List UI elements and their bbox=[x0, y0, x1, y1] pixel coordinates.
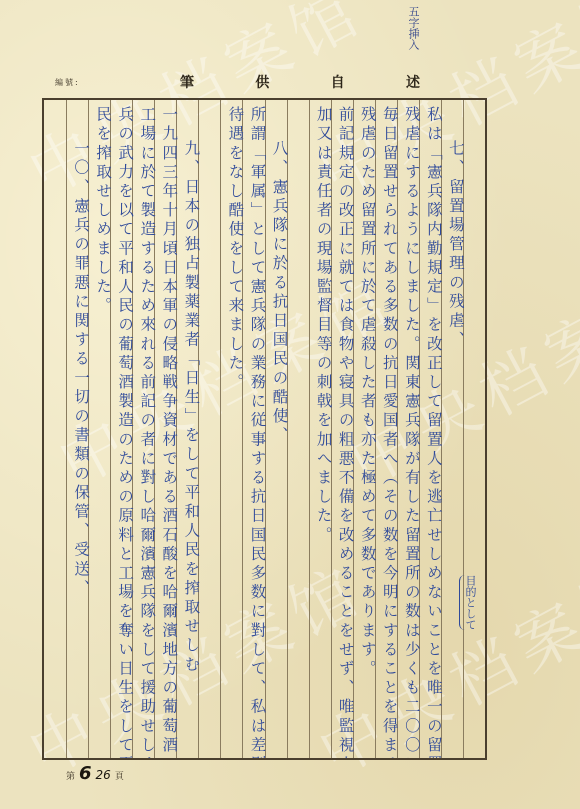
manuscript-line: 一〇、憲兵の罪悪に関する一切の書類の保管、受送、 bbox=[67, 100, 94, 758]
form-number-label: 編號: bbox=[55, 77, 80, 88]
ruled-column: 待遇をなし酷使をして来ました。 bbox=[220, 100, 242, 758]
title-char: 筆 bbox=[180, 72, 194, 92]
handwritten-annotation: 五字挿入 bbox=[405, 6, 421, 50]
form-title: 筆 供 自 述 bbox=[180, 72, 420, 92]
title-char: 供 bbox=[255, 72, 269, 92]
page-number-value: 6 bbox=[79, 763, 92, 784]
page-number-alt: 26 bbox=[96, 768, 111, 782]
page-number: 第 6 26 頁 bbox=[66, 763, 124, 784]
page-prefix: 第 bbox=[66, 769, 75, 782]
manuscript-line: 待遇をなし酷使をして来ました。 bbox=[221, 100, 248, 758]
ruled-column bbox=[44, 100, 66, 758]
ruled-column: 一〇、憲兵の罪悪に関する一切の書類の保管、受送、 bbox=[66, 100, 88, 758]
title-char: 自 bbox=[331, 72, 345, 92]
page-suffix: 頁 bbox=[115, 769, 124, 782]
manuscript-sheet: 七、留置場管理の残虐、私は「憲兵隊内勤規定」を改正して留置人を逃亡せしめないこと… bbox=[42, 98, 487, 760]
margin-note: 目的として bbox=[459, 575, 478, 630]
ruled-column: 加又は責任者の現場監督目等の刺戟を加へました。 bbox=[309, 100, 331, 758]
manuscript-line: 加又は責任者の現場監督目等の刺戟を加へました。 bbox=[310, 100, 337, 758]
title-char: 述 bbox=[406, 72, 420, 92]
